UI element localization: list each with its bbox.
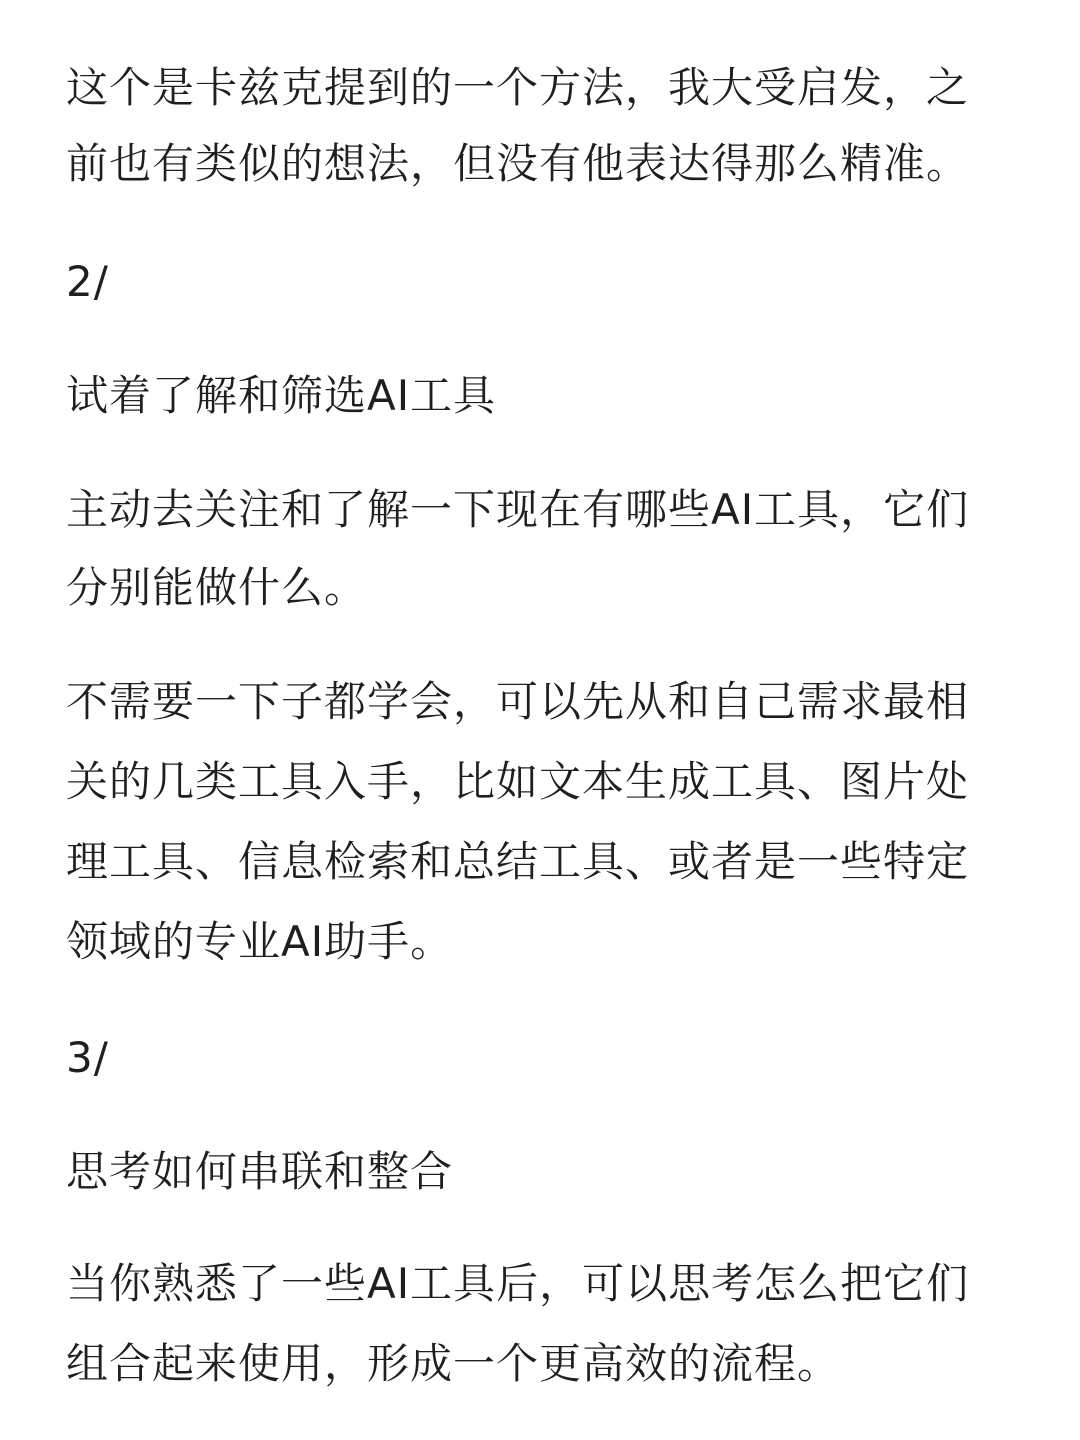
intro-line-2: 前也有类似的想法，但没有他表达得那么精准。 [66,134,969,194]
section-2-p1-line-1: 主动去关注和了解一下现在有哪些AI工具，它们 [66,480,969,540]
section-3-p1-line-2: 组合起来使用，形成一个更高效的流程。 [66,1334,840,1394]
section-2-p2-line-4: 领域的专业AI助手。 [66,912,453,972]
section-3-heading: 思考如何串联和整合 [66,1142,453,1202]
section-3-number: 3/ [66,1028,109,1088]
section-2-p2-line-3: 理工具、信息检索和总结工具、或者是一些特定 [66,832,969,892]
intro-line-1: 这个是卡兹克提到的一个方法，我大受启发，之 [66,58,969,118]
section-2-p2-line-1: 不需要一下子都学会，可以先从和自己需求最相 [66,672,969,732]
section-2-number: 2/ [66,252,109,312]
section-2-heading: 试着了解和筛选AI工具 [66,366,496,426]
section-2-p1-line-2: 分别能做什么。 [66,558,367,618]
section-2-p2-line-2: 关的几类工具入手，比如文本生成工具、图片处 [66,752,969,812]
section-3-p1-line-1: 当你熟悉了一些AI工具后，可以思考怎么把它们 [66,1254,969,1314]
